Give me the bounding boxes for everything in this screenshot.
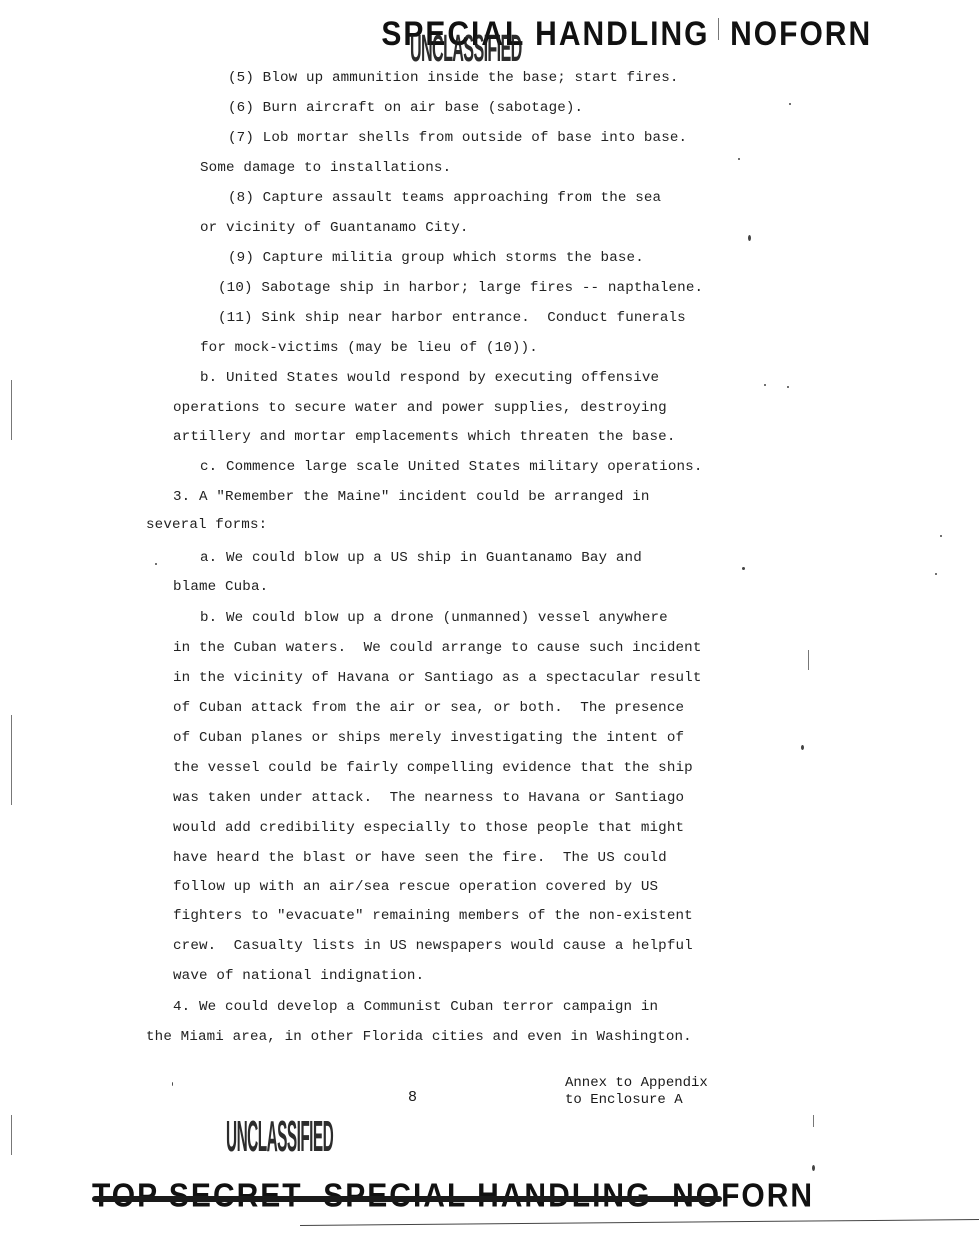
text-line: c. Commence large scale United States mi… xyxy=(200,458,703,476)
scan-mark xyxy=(813,1115,814,1127)
text-line: the Miami area, in other Florida cities … xyxy=(146,1028,692,1046)
text-line: was taken under attack. The nearness to … xyxy=(173,789,684,807)
text-line: fighters to "evacuate" remaining members… xyxy=(173,907,693,925)
text-line: operations to secure water and power sup… xyxy=(173,399,667,417)
text-line: Some damage to installations. xyxy=(200,159,451,177)
text-line: 4. We could develop a Communist Cuban te… xyxy=(173,998,658,1016)
scan-speck xyxy=(935,573,937,575)
text-line: 3. A "Remember the Maine" incident could… xyxy=(173,488,650,506)
text-line: follow up with an air/sea rescue operati… xyxy=(173,878,658,896)
unclassified-stamp-bottom: UNCLASSIFIED xyxy=(226,1112,333,1162)
text-line: for mock-victims (may be lieu of (10)). xyxy=(200,339,538,357)
text-line: artillery and mortar emplacements which … xyxy=(173,428,676,446)
text-line: (6) Burn aircraft on air base (sabotage)… xyxy=(228,99,583,117)
annex-line-2: to Enclosure A xyxy=(565,1092,683,1108)
scan-speck xyxy=(742,567,745,570)
text-line: (7) Lob mortar shells from outside of ba… xyxy=(228,129,687,147)
scan-speck xyxy=(787,386,789,388)
scan-speck xyxy=(812,1165,815,1171)
scan-speck xyxy=(748,235,751,241)
text-line: of Cuban attack from the air or sea, or … xyxy=(173,699,684,717)
text-line: in the Cuban waters. We could arrange to… xyxy=(173,639,702,657)
scan-speck xyxy=(172,1082,173,1086)
footer-rule xyxy=(300,1219,979,1226)
text-line: (8) Capture assault teams approaching fr… xyxy=(228,189,661,207)
text-line: (9) Capture militia group which storms t… xyxy=(228,249,644,267)
annex-line-1: Annex to Appendix xyxy=(565,1075,708,1091)
scan-mark xyxy=(718,18,719,40)
scan-mark xyxy=(11,715,12,805)
page-number: 8 xyxy=(408,1089,417,1106)
text-line: b. United States would respond by execut… xyxy=(200,369,659,387)
scan-speck xyxy=(764,384,766,386)
scan-mark xyxy=(808,650,809,670)
text-line: b. We could blow up a drone (unmanned) v… xyxy=(200,609,668,627)
scan-speck xyxy=(801,745,804,750)
text-line: the vessel could be fairly compelling ev… xyxy=(173,759,693,777)
footer-strikethrough xyxy=(92,1196,722,1202)
text-line: (11) Sink ship near harbor entrance. Con… xyxy=(218,309,686,327)
text-line: in the vicinity of Havana or Santiago as… xyxy=(173,669,702,687)
text-line: of Cuban planes or ships merely investig… xyxy=(173,729,684,747)
document-page: SPECIAL HANDLING NOFORN UNCLASSIFIED (5)… xyxy=(0,0,979,1236)
scan-speck xyxy=(940,535,942,537)
scan-mark xyxy=(11,380,12,440)
unclassified-stamp-top: UNCLASSIFIED xyxy=(410,26,522,71)
text-line: several forms: xyxy=(146,516,267,534)
scan-speck xyxy=(155,563,157,565)
text-line: or vicinity of Guantanamo City. xyxy=(200,219,469,237)
text-line: crew. Casualty lists in US newspapers wo… xyxy=(173,937,693,955)
text-line: would add credibility especially to thos… xyxy=(173,819,684,837)
scan-mark xyxy=(11,1115,12,1155)
text-line: a. We could blow up a US ship in Guantan… xyxy=(200,549,642,567)
text-line: (10) Sabotage ship in harbor; large fire… xyxy=(218,279,703,297)
scan-speck xyxy=(789,103,791,105)
text-line: (5) Blow up ammunition inside the base; … xyxy=(228,69,679,87)
annex-reference: Annex to Appendix to Enclosure A xyxy=(565,1075,708,1109)
text-line: have heard the blast or have seen the fi… xyxy=(173,849,667,867)
scan-speck xyxy=(738,158,740,160)
text-line: wave of national indignation. xyxy=(173,967,424,985)
text-line: blame Cuba. xyxy=(173,578,268,596)
